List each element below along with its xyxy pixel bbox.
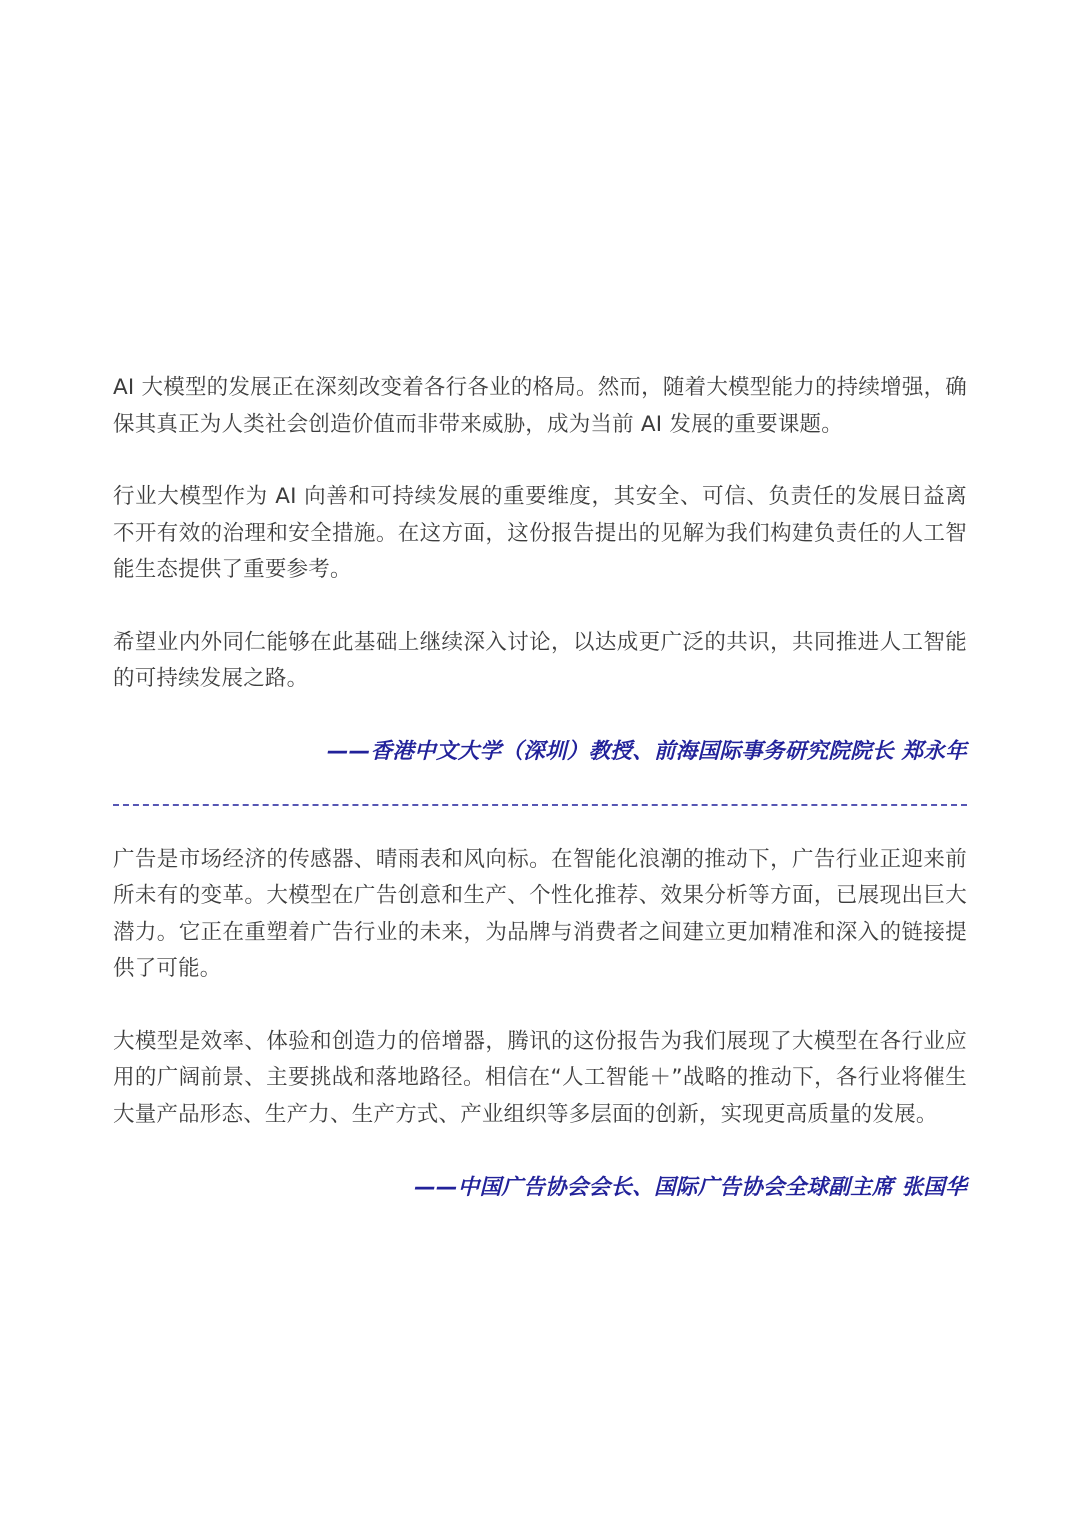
endorsement-section-2: 广告是市场经济的传感器、晴雨表和风向标。在智能化浪潮的推动下，广告行业正迎来前所… [113, 842, 967, 1207]
signature: ——中国广告协会会长、国际广告协会全球副主席 张国华 [113, 1170, 967, 1206]
endorsement-section-1: AI 大模型的发展正在深刻改变着各行各业的格局。然而，随着大模型能力的持续增强，… [113, 370, 967, 770]
paragraph: AI 大模型的发展正在深刻改变着各行各业的格局。然而，随着大模型能力的持续增强，… [113, 370, 967, 443]
paragraph: 希望业内外同仁能够在此基础上继续深入讨论，以达成更广泛的共识，共同推进人工智能的… [113, 625, 967, 698]
signature: ——香港中文大学（深圳）教授、前海国际事务研究院院长 郑永年 [113, 734, 967, 770]
dashed-divider [113, 804, 967, 806]
document-page: AI 大模型的发展正在深刻改变着各行各业的格局。然而，随着大模型能力的持续增强，… [113, 370, 967, 1206]
paragraph: 行业大模型作为 AI 向善和可持续发展的重要维度，其安全、可信、负责任的发展日益… [113, 479, 967, 589]
paragraph: 广告是市场经济的传感器、晴雨表和风向标。在智能化浪潮的推动下，广告行业正迎来前所… [113, 842, 967, 988]
paragraph: 大模型是效率、体验和创造力的倍增器，腾讯的这份报告为我们展现了大模型在各行业应用… [113, 1024, 967, 1134]
